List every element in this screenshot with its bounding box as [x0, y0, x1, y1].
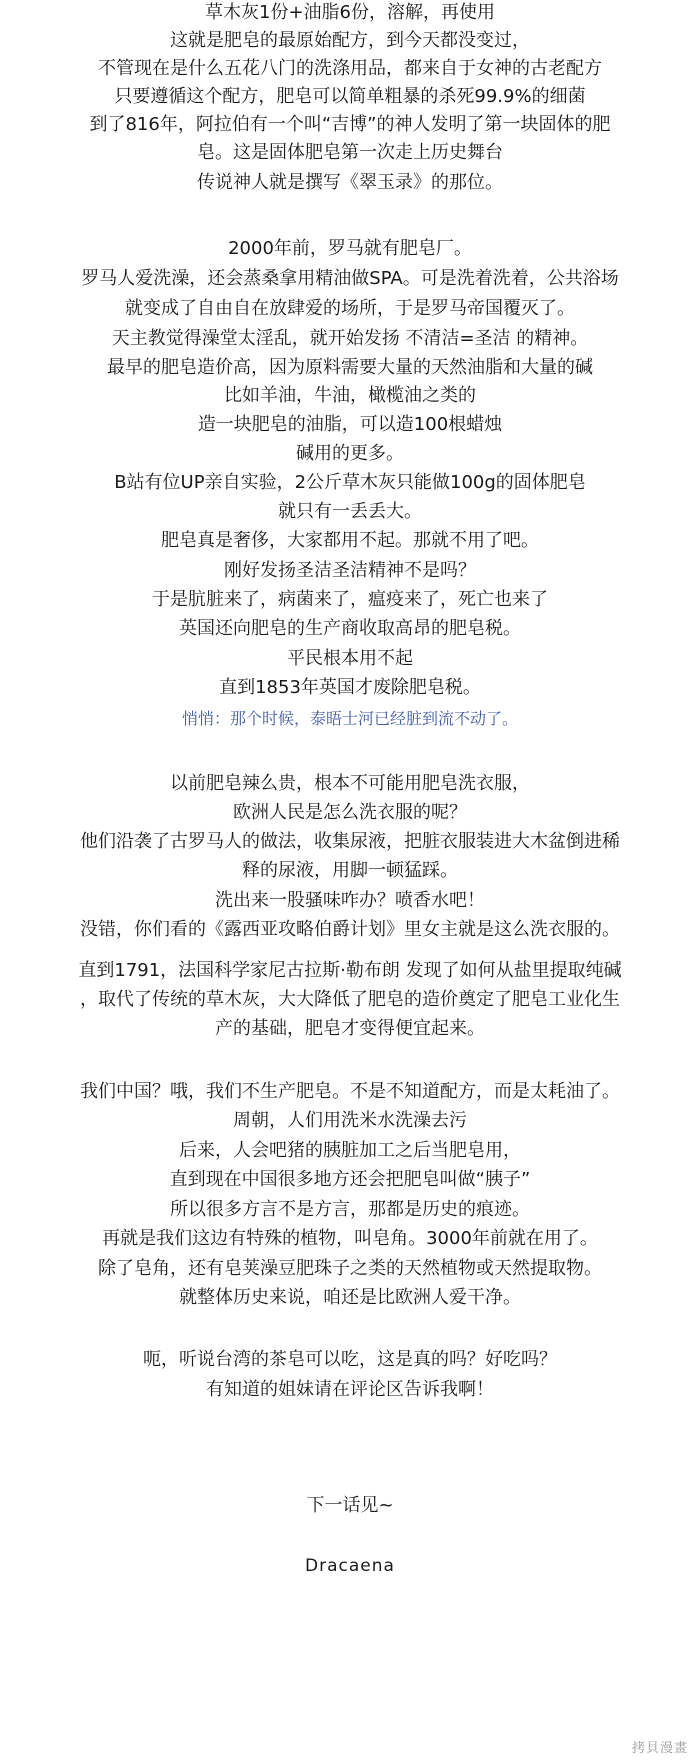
article-line: 就变成了自由自在放肆爱的场所，于是罗马帝国覆灭了。 [0, 298, 700, 320]
article-line: 周朝，人们用洗米水洗澡去污 [0, 1110, 700, 1132]
article-line: 直到1853年英国才废除肥皂税。 [0, 677, 700, 699]
article-line: 直到现在中国很多地方还会把肥皂叫做“胰子” [0, 1169, 700, 1191]
article-line: 没错，你们看的《露西亚攻略伯爵计划》里女主就是这么洗衣服的。 [0, 919, 700, 941]
article-line: 只要遵循这个配方，肥皂可以简单粗暴的杀死99.9%的细菌 [0, 86, 700, 108]
article-line: ，取代了传统的草木灰，大大降低了肥皂的造价奠定了肥皂工业化生 [0, 989, 700, 1011]
article-line: 造一块肥皂的油脂，可以造100根蜡烛 [0, 414, 700, 436]
article-line: 到了816年，阿拉伯有一个叫“吉博”的神人发明了第一块固体的肥 [0, 114, 700, 136]
article-line: 呃，听说台湾的茶皂可以吃，这是真的吗？好吃吗？ [0, 1349, 700, 1371]
article-line: 不管现在是什么五花八门的洗涤用品，都来自于女神的古老配方 [0, 58, 700, 80]
article-line: 除了皂角，还有皂荚澡豆肥珠子之类的天然植物或天然提取物。 [0, 1258, 700, 1280]
article-line: 碱用的更多。 [0, 443, 700, 465]
article-line: 肥皂真是奢侈，大家都用不起。那就不用了吧。 [0, 530, 700, 552]
article-line: 传说神人就是撰写《翠玉录》的那位。 [0, 172, 700, 194]
article-line: 他们沿袭了古罗马人的做法，收集尿液，把脏衣服装进大木盆倒进稀 [0, 831, 700, 853]
article-line: 刚好发扬圣洁圣洁精神不是吗？ [0, 560, 700, 582]
article-line: 英国还向肥皂的生产商收取高昂的肥皂税。 [0, 618, 700, 640]
closing-line: 下一话见~ [0, 1495, 700, 1517]
article-line: 就整体历史来说，咱还是比欧洲人爱干净。 [0, 1287, 700, 1309]
aside-note-line: 悄悄：那个时候，泰晤士河已经脏到流不动了。 [0, 708, 700, 730]
article-line: 最早的肥皂造价高，因为原料需要大量的天然油脂和大量的碱 [0, 357, 700, 379]
article-line: 释的尿液，用脚一顿猛踩。 [0, 860, 700, 882]
article-line: 平民根本用不起 [0, 648, 700, 670]
article-line: 产的基础，肥皂才变得便宜起来。 [0, 1018, 700, 1040]
article-line: 有知道的姐妹请在评论区告诉我啊！ [0, 1379, 700, 1401]
watermark: 拷貝漫畫 [632, 1737, 688, 1756]
article-line: 罗马人爱洗澡，还会蒸桑拿用精油做SPA。可是洗着洗着，公共浴场 [0, 268, 700, 290]
article-line: 我们中国？哦，我们不生产肥皂。不是不知道配方，而是太耗油了。 [0, 1081, 700, 1103]
article-line: 洗出来一股骚味咋办？喷香水吧！ [0, 890, 700, 912]
article-line: 天主教觉得澡堂太淫乱，就开始发扬 不清洁=圣洁 的精神。 [0, 328, 700, 350]
article-line: 于是肮脏来了，病菌来了，瘟疫来了，死亡也来了 [0, 589, 700, 611]
article-line: 所以很多方言不是方言，那都是历史的痕迹。 [0, 1199, 700, 1221]
article-line: 直到1791，法国科学家尼古拉斯·勒布朗 发现了如何从盐里提取纯碱 [0, 960, 700, 982]
article-line: B站有位UP亲自实验，2公斤草木灰只能做100g的固体肥皂 [0, 472, 700, 494]
author-signature: Dracaena [0, 1555, 700, 1577]
article-line: 再就是我们这边有特殊的植物，叫皂角。3000年前就在用了。 [0, 1228, 700, 1250]
article-line: 以前肥皂辣么贵，根本不可能用肥皂洗衣服， [0, 773, 700, 795]
article-line: 草木灰1份+油脂6份，溶解，再使用 [0, 2, 700, 24]
article-line: 这就是肥皂的最原始配方，到今天都没变过， [0, 30, 700, 52]
article-line: 欧洲人民是怎么洗衣服的呢？ [0, 802, 700, 824]
article-line: 2000年前，罗马就有肥皂厂。 [0, 238, 700, 260]
article-line: 就只有一丢丢大。 [0, 501, 700, 523]
article-line: 皂。这是固体肥皂第一次走上历史舞台 [0, 142, 700, 164]
article-line: 后来，人会吧猪的胰脏加工之后当肥皂用， [0, 1140, 700, 1162]
article-line: 比如羊油，牛油，橄榄油之类的 [0, 385, 700, 407]
